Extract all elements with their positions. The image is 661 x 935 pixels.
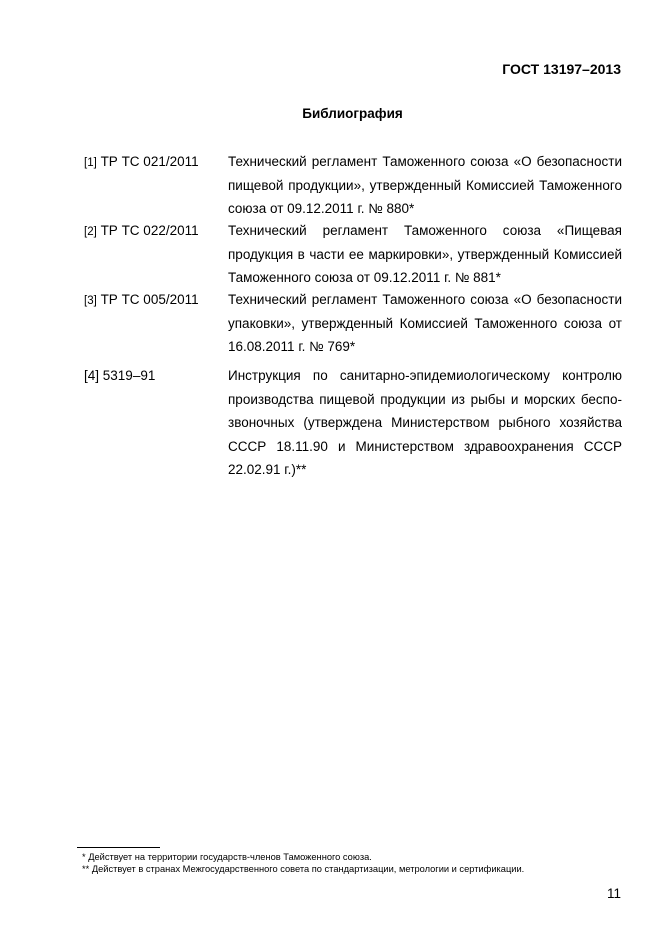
entry-reference: [1] ТР ТС 021/2011 <box>84 154 199 169</box>
footnote-divider <box>77 847 160 848</box>
footnote: ** Действует в странах Межгосударственно… <box>82 864 524 874</box>
entry-reference: [2] ТР ТС 022/2011 <box>84 223 199 238</box>
entry-number: [2] <box>84 226 97 238</box>
entry-description: Инструкция по санитарно-эпидемиологическ… <box>228 364 622 482</box>
document-standard-header: ГОСТ 13197–2013 <box>502 61 621 77</box>
entry-code: 5319–91 <box>103 368 156 383</box>
entry-reference: [3] ТР ТС 005/2011 <box>84 292 199 307</box>
entry-description: Технический регламент Таможенного союза … <box>228 150 622 221</box>
entry-number: [3] <box>84 295 97 307</box>
entry-description: Технический регламент Таможенного союза … <box>228 288 622 359</box>
entry-code: ТР ТС 005/2011 <box>101 292 199 307</box>
footnote: * Действует на территории государств-чле… <box>82 852 372 862</box>
entry-reference: [4] 5319–91 <box>84 368 155 383</box>
entry-description: Технический регламент Таможенного союза … <box>228 219 622 290</box>
page-number: 11 <box>607 886 621 901</box>
entry-number: [1] <box>84 157 97 169</box>
entry-number: [4] <box>84 368 99 383</box>
entry-code: ТР ТС 021/2011 <box>101 154 199 169</box>
entry-code: ТР ТС 022/2011 <box>101 223 199 238</box>
section-title: Библиография <box>0 106 661 121</box>
